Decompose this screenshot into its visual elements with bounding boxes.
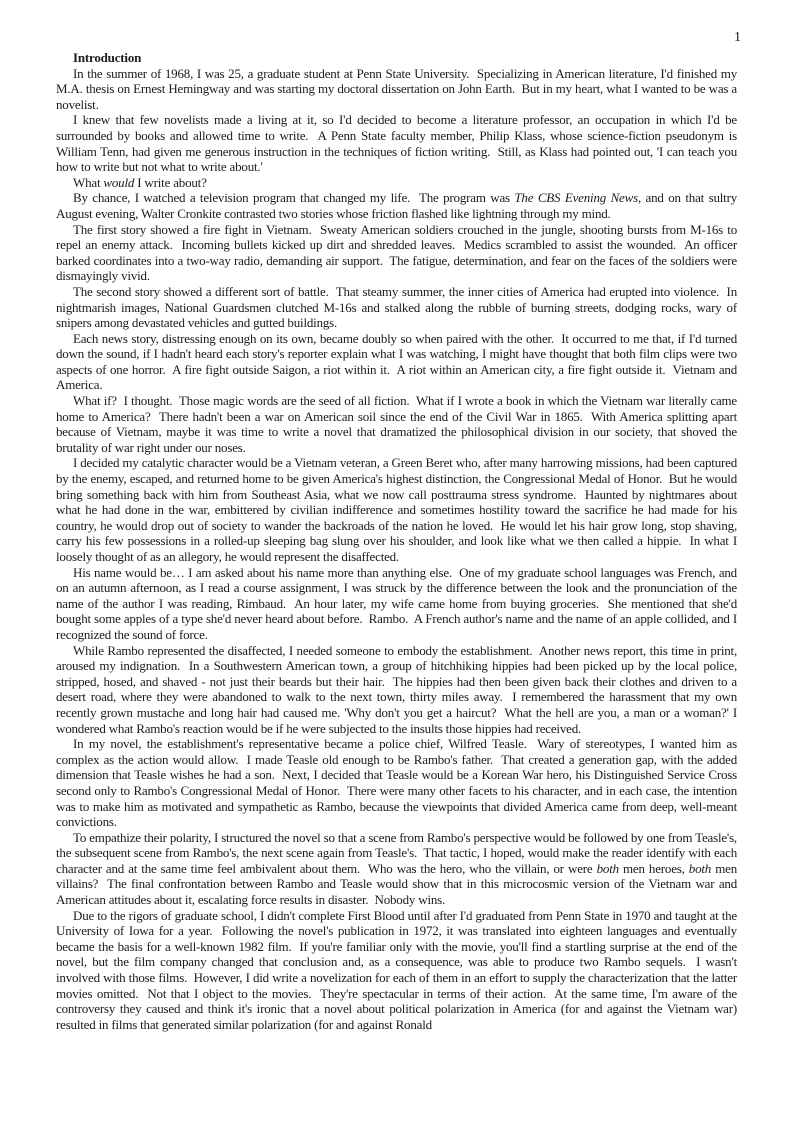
paragraph: While Rambo represented the disaffected,… (56, 643, 737, 737)
paragraph: To empathize their polarity, I structure… (56, 830, 737, 908)
paragraph: By chance, I watched a television progra… (56, 190, 737, 221)
page-body: In the summer of 1968, I was 25, a gradu… (56, 66, 737, 1033)
paragraph: Each news story, distressing enough on i… (56, 331, 737, 393)
paragraph: The second story showed a different sort… (56, 284, 737, 331)
paragraph: The first story showed a fire fight in V… (56, 222, 737, 284)
paragraph: Due to the rigors of graduate school, I … (56, 908, 737, 1033)
document-page: 1 Introduction In the summer of 1968, I … (0, 0, 793, 1122)
page-content: Introduction In the summer of 1968, I wa… (56, 50, 737, 1032)
paragraph: I knew that few novelists made a living … (56, 112, 737, 174)
paragraph: In the summer of 1968, I was 25, a gradu… (56, 66, 737, 113)
section-heading: Introduction (56, 50, 737, 66)
paragraph: I decided my catalytic character would b… (56, 455, 737, 564)
paragraph: What if? I thought. Those magic words ar… (56, 393, 737, 455)
page-number: 1 (734, 30, 741, 46)
paragraph: His name would be… I am asked about his … (56, 565, 737, 643)
paragraph: In my novel, the establishment's represe… (56, 736, 737, 830)
paragraph: What would I write about? (56, 175, 737, 191)
